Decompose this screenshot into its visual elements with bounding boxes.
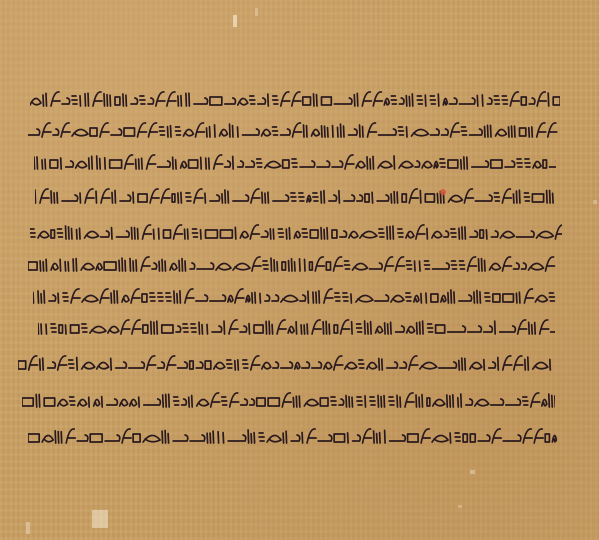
- stain: [233, 15, 237, 27]
- hieratic-line: [28, 120, 558, 142]
- papyrus-sheet: [0, 0, 599, 540]
- hieratic-line: [30, 89, 560, 111]
- hieratic-line: [38, 317, 555, 339]
- hieratic-line: [28, 426, 558, 448]
- stain: [470, 470, 475, 474]
- stain: [593, 200, 597, 204]
- hieratic-line: [22, 390, 555, 412]
- stain: [458, 505, 462, 508]
- hieratic-line: [35, 186, 555, 208]
- stain: [26, 522, 30, 534]
- hieratic-line: [34, 152, 556, 174]
- hieratic-line: [33, 286, 558, 308]
- hieratic-line: [18, 353, 557, 375]
- red-ink-dot: [440, 189, 446, 195]
- stain: [92, 510, 108, 528]
- hieratic-line: [30, 222, 562, 244]
- stain: [255, 8, 258, 16]
- hieratic-line: [28, 254, 557, 276]
